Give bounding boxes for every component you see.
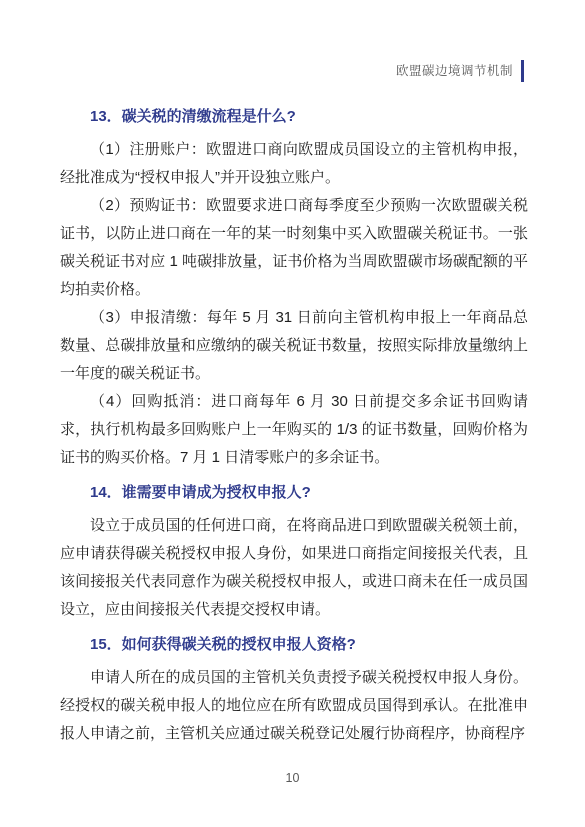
question-13-paragraph-4: （4）回购抵消：进口商每年 6 月 30 日前提交多余证书回购请求，执行机构最多… (60, 388, 528, 472)
question-13-heading: 13．碳关税的清缴流程是什么? (60, 106, 528, 128)
section-question-15: 15．如何获得碳关税的授权申报人资格? 申请人所在的成员国的主管机关负责授予碳关… (60, 634, 528, 748)
question-13-paragraph-3: （3）申报清缴：每年 5 月 31 日前向主管机构申报上一年商品总数量、总碳排放… (60, 304, 528, 388)
question-13-paragraph-2: （2）预购证书：欧盟要求进口商每季度至少预购一次欧盟碳关税证书，以防止进口商在一… (60, 192, 528, 304)
question-15-paragraph-1: 申请人所在的成员国的主管机关负责授予碳关税授权申报人身份。经授权的碳关税申报人的… (60, 664, 528, 748)
question-13-paragraph-1: （1）注册账户：欧盟进口商向欧盟成员国设立的主管机构申报，经批准成为“授权申报人… (60, 136, 528, 192)
document-page: 欧盟碳边境调节机制 13．碳关税的清缴流程是什么? （1）注册账户：欧盟进口商向… (0, 0, 585, 827)
page-number: 10 (286, 771, 300, 785)
document-content: 13．碳关税的清缴流程是什么? （1）注册账户：欧盟进口商向欧盟成员国设立的主管… (60, 96, 528, 748)
question-14-paragraph-1: 设立于成员国的任何进口商，在将商品进口到欧盟碳关税领土前，应申请获得碳关税授权申… (60, 512, 528, 624)
section-question-13: 13．碳关税的清缴流程是什么? （1）注册账户：欧盟进口商向欧盟成员国设立的主管… (60, 106, 528, 472)
question-15-heading: 15．如何获得碳关税的授权申报人资格? (60, 634, 528, 656)
section-question-14: 14．谁需要申请成为授权申报人? 设立于成员国的任何进口商，在将商品进口到欧盟碳… (60, 482, 528, 624)
page-header: 欧盟碳边境调节机制 (396, 60, 524, 82)
header-accent-bar (521, 60, 524, 82)
page-footer: 10 (0, 769, 585, 787)
header-title: 欧盟碳边境调节机制 (396, 61, 513, 81)
question-14-heading: 14．谁需要申请成为授权申报人? (60, 482, 528, 504)
